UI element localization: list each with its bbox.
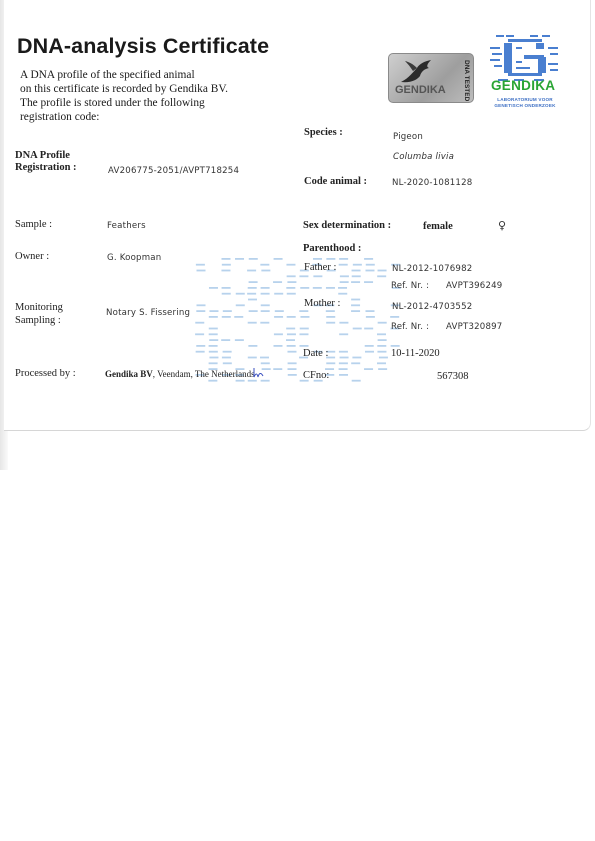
- code-animal-label: Code animal :: [304, 176, 367, 187]
- species-label: Species :: [304, 127, 343, 138]
- intro-line: on this certificate is recorded by Gendi…: [20, 82, 290, 96]
- signature-mark-icon: [252, 367, 264, 379]
- mother-code: NL-2012-4703552: [392, 302, 472, 312]
- mother-ref-label: Ref. Nr. :: [391, 322, 429, 332]
- sticker-brand: GENDIKA: [395, 84, 446, 96]
- monitoring-label-2: Sampling :: [15, 315, 61, 326]
- species-latin: Columba livia: [393, 152, 454, 162]
- species-common: Pigeon: [393, 132, 423, 142]
- certificate-intro: A DNA profile of the specified animal on…: [20, 68, 290, 124]
- female-symbol-icon: ♀: [498, 219, 506, 232]
- code-animal-value: NL-2020-1081128: [392, 178, 472, 188]
- father-ref: AVPT396249: [446, 281, 502, 291]
- sticker-dna-tested: DNA TESTED: [463, 60, 470, 101]
- date-label: Date :: [303, 348, 328, 359]
- father-code: NL-2012-1076982: [392, 264, 472, 274]
- dna-watermark-icon: [195, 258, 410, 386]
- dna-tested-sticker: GENDIKA DNA TESTED: [388, 53, 474, 103]
- cfno-value: 567308: [437, 371, 469, 382]
- monitoring-value: Notary S. Fissering: [106, 308, 190, 318]
- registration-label-1: DNA Profile: [15, 150, 70, 161]
- mother-label: Mother :: [304, 298, 340, 309]
- certificate-title: DNA-analysis Certificate: [17, 34, 269, 59]
- logo-subtitle: LABORATORIUM VOOR GENETISCH ONDERZOEK: [489, 97, 561, 109]
- monitoring-label-1: Monitoring: [15, 302, 63, 313]
- sample-value: Feathers: [107, 221, 146, 231]
- gendika-logo-icon: [490, 33, 560, 83]
- father-label: Father :: [304, 262, 336, 273]
- owner-value: G. Koopman: [107, 253, 161, 263]
- intro-line: The profile is stored under the followin…: [20, 96, 290, 110]
- parenthood-label: Parenthood :: [303, 243, 361, 254]
- sex-value: female: [423, 221, 453, 232]
- intro-line: registration code:: [20, 110, 290, 124]
- owner-label: Owner :: [15, 251, 49, 262]
- registration-label-2: Registration :: [15, 162, 77, 173]
- intro-line: A DNA profile of the specified animal: [20, 68, 290, 82]
- logo-name: GENDIKA: [491, 78, 555, 93]
- mother-ref: AVPT320897: [446, 322, 502, 332]
- processed-label: Processed by :: [15, 368, 76, 379]
- processed-company: Gendika BV: [105, 369, 153, 379]
- registration-value: AV206775-2051/AVPT718254: [108, 166, 239, 176]
- processed-location: , Veendam, The Netherlands: [153, 369, 255, 379]
- logo-subtitle-line: GENETISCH ONDERZOEK: [489, 103, 561, 109]
- cfno-label: CFno:: [303, 370, 329, 381]
- sex-label: Sex determination :: [303, 220, 391, 231]
- sample-label: Sample :: [15, 219, 52, 230]
- processed-value: Gendika BV, Veendam, The Netherlands: [105, 369, 255, 379]
- date-value: 10-11-2020: [391, 348, 440, 359]
- father-ref-label: Ref. Nr. :: [391, 281, 429, 291]
